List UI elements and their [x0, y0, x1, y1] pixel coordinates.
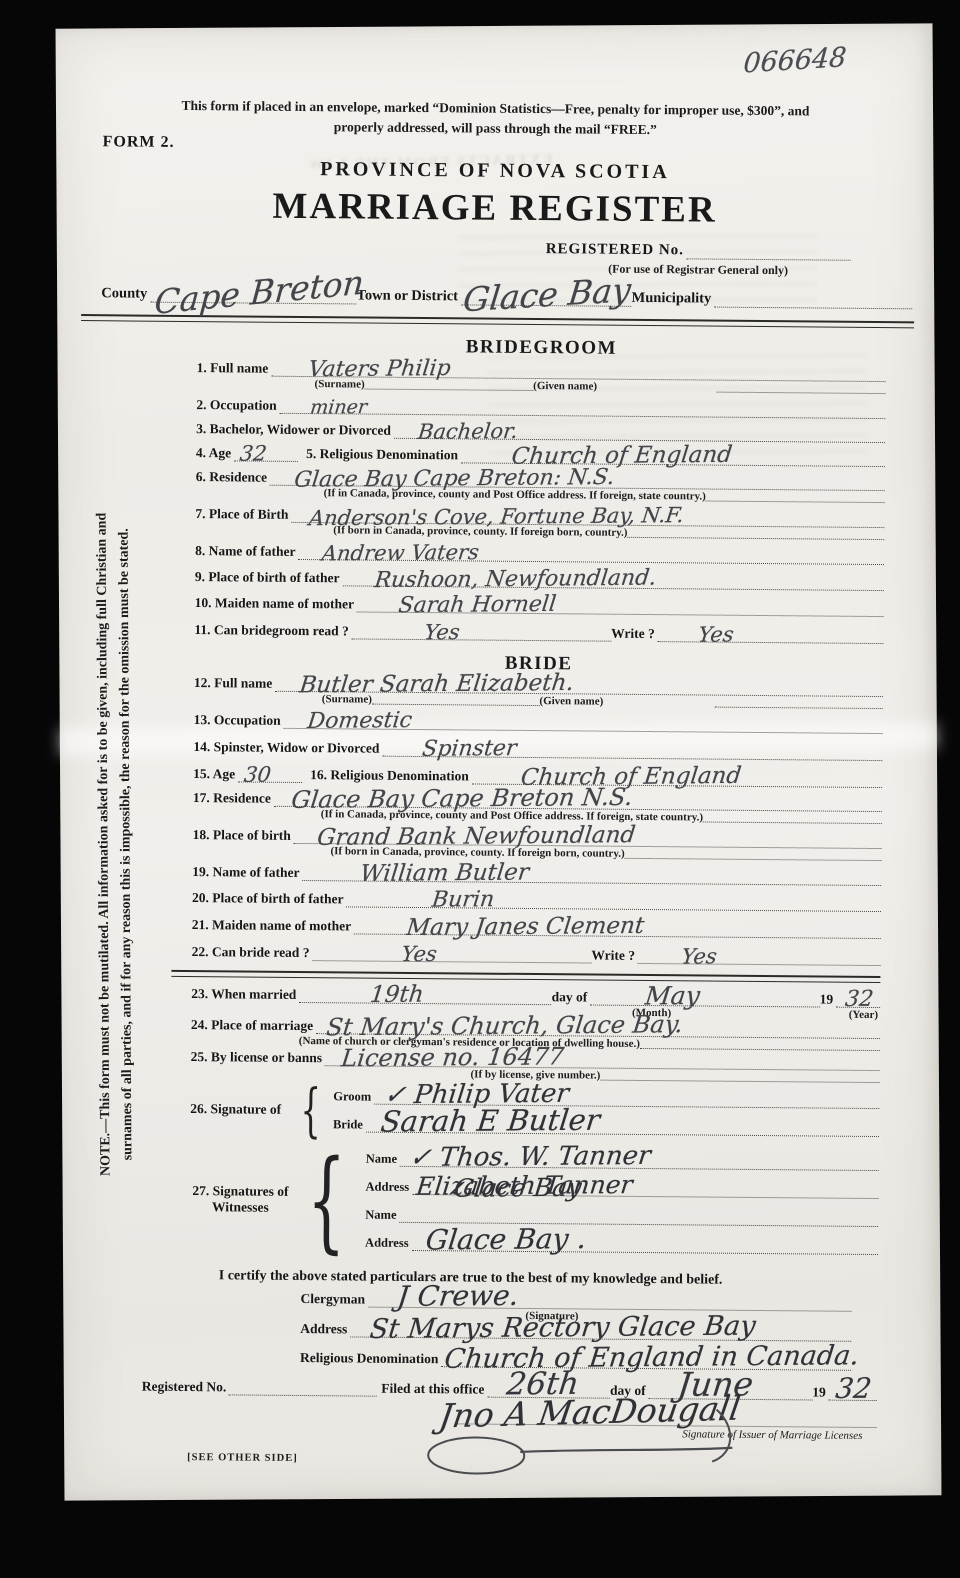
bride-occupation-value: Domestic: [306, 708, 413, 734]
religious-denomination-label: Religious Denomination: [300, 1350, 442, 1367]
when-month-value: May: [644, 981, 702, 1010]
registered-no-line: [687, 244, 851, 260]
bride-father-label: 19. Name of father: [192, 864, 302, 881]
groom-father-value: Andrew Vaters: [320, 540, 480, 565]
registered-no-bottom-label: Registered No.: [142, 1379, 230, 1396]
registered-no-label: REGISTERED No.: [546, 241, 687, 259]
given-name-caption: (Given name): [533, 380, 597, 393]
bride-occupation-line: Domestic: [284, 714, 883, 734]
town-district-line: Glace Bay: [461, 290, 632, 306]
witnesses-label: 27. Signatures of: [189, 1183, 291, 1200]
groom-mother-label: 10. Maiden name of mother: [195, 595, 357, 612]
caption-line: [627, 527, 884, 540]
religious-denomination-value: Church of England in Canada.: [443, 1340, 861, 1375]
witness1-address-town: Glace Bay: [452, 1170, 855, 1202]
section-rule: [171, 970, 880, 983]
clergyman-address-label: Address: [300, 1321, 350, 1337]
day-of-label: day of: [552, 989, 591, 1005]
groom-read-value: Yes: [423, 620, 461, 644]
bride-birthplace-caption: (If born in Canada, province, county. If…: [330, 845, 624, 860]
groom-read-label: 11. Can bridegroom read ?: [194, 622, 352, 639]
province-heading: PROVINCE OF NOVA SCOTIA: [56, 156, 933, 187]
registered-no-bottom-line: [229, 1381, 377, 1397]
bride-religion-label: 16. Religious Denomination: [302, 767, 472, 784]
bride-read-label: 22. Can bride read ?: [192, 944, 313, 961]
form-number-label: FORM 2.: [103, 133, 175, 152]
clergyman-address-value: St Marys Rectory Glace Bay: [368, 1311, 757, 1345]
filed-year-line: 32: [829, 1386, 877, 1401]
clergyman-address-line: St Marys Rectory Glace Bay: [350, 1323, 851, 1342]
witness1-address-label: Address: [365, 1180, 412, 1195]
groom-occupation-label: 2. Occupation: [196, 397, 279, 414]
bride-birthplace-label: 18. Place of birth: [193, 827, 294, 844]
scanned-paper: EXTRACTS FROM THE LAW NOTE.—This form mu…: [56, 23, 942, 1500]
groom-status-line: Bachelor.: [394, 424, 885, 443]
bride-signature-label: Bride: [333, 1117, 366, 1132]
caption-line: [600, 1070, 879, 1083]
groom-occupation-value: miner: [309, 396, 368, 418]
bride-mother-line: Mary Janes Clement: [354, 920, 881, 940]
bride-write-value: Yes: [680, 944, 718, 968]
municipality-line: [714, 293, 912, 310]
witness1-name-label: Name: [366, 1152, 400, 1167]
see-other-side-label: [SEE OTHER SIDE]: [187, 1452, 876, 1469]
bride-mother-label: 21. Maiden name of mother: [192, 917, 354, 934]
bride-residence-caption: (If in Canada, province, county and Post…: [321, 808, 703, 823]
filed-year-value: 32: [834, 1372, 873, 1405]
groom-father-birthplace-line: Rushoon, Newfoundland.: [343, 571, 884, 591]
bride-status-line: Spinster: [382, 742, 882, 761]
when-married-label: 23. When married: [191, 986, 299, 1003]
groom-status-value: Bachelor.: [417, 419, 519, 444]
groom-write-label: Write ?: [611, 626, 658, 642]
groom-religion-label: 5. Religious Denomination: [298, 446, 461, 463]
witness1-name: ✓ Thos. W. Tanner: [408, 1141, 652, 1173]
caption-line: [703, 812, 882, 825]
issuer-signature: Jno A MacDougall: [437, 1389, 743, 1436]
bride-occupation-label: 13. Occupation: [194, 712, 284, 729]
groom-birthplace-caption: (If born in Canada, province, county. If…: [333, 524, 627, 539]
witness1-address-line: Elizabeth Tanner Glace Bay: [412, 1180, 879, 1199]
surname-caption: (Surname): [315, 378, 365, 390]
bride-fullname-label: 12. Full name: [194, 675, 276, 692]
witness2-name-label: Name: [365, 1208, 399, 1223]
signature-of-label: 26. Signature of: [190, 1101, 292, 1118]
place-of-marriage-label: 24. Place of marriage: [191, 1017, 316, 1034]
caption-line: [640, 1038, 880, 1051]
certify-statement: I certify the above stated particulars a…: [219, 1268, 878, 1290]
bride-age-line: 30: [238, 768, 302, 784]
bride-age-value: 30: [243, 763, 273, 787]
bride-father-value: William Butler: [359, 860, 531, 887]
brace: {: [307, 1145, 346, 1255]
groom-age-label: 4. Age: [196, 445, 234, 461]
groom-mother-value: Sarah Hornell: [398, 592, 558, 618]
caption-line: [706, 491, 885, 504]
county-label: County: [101, 285, 150, 302]
clergyman-label: Clergyman: [301, 1291, 369, 1308]
witness2-address-line: Glace Bay .: [412, 1236, 879, 1255]
bride-write-label: Write ?: [591, 948, 638, 964]
groom-father-birthplace-value: Rushoon, Newfoundland.: [373, 566, 658, 593]
caption-line: [625, 848, 882, 861]
bridegroom-heading: BRIDEGROOM: [197, 334, 886, 362]
witnesses-label2: Witnesses: [189, 1199, 291, 1216]
groom-signature-label: Groom: [333, 1089, 374, 1104]
groom-father-line: Andrew Vaters: [298, 545, 884, 565]
groom-status-label: 3. Bachelor, Widower or Divorced: [196, 421, 394, 439]
bride-signature: Sarah E Butler: [379, 1103, 602, 1139]
when-month-line: May: [590, 991, 820, 1008]
license-label: 25. By license or banns: [191, 1049, 326, 1066]
caption-line: [717, 382, 886, 394]
town-district-value: Glace Bay: [461, 270, 633, 320]
bride-father-birthplace-value: Burin: [431, 887, 496, 913]
issuer-signature-line: Jno A MacDougall: [456, 1407, 876, 1428]
groom-age-value: 32: [239, 442, 269, 466]
groom-age-line: 32: [234, 447, 298, 463]
caption-line: [372, 694, 540, 706]
groom-father-birthplace-label: 9. Place of birth of father: [195, 569, 343, 586]
when-day-line: 19th: [299, 988, 551, 1005]
groom-religion-line: Church of England: [461, 449, 885, 468]
groom-read-line: Yes: [352, 625, 612, 642]
witness2-address: Glace Bay .: [424, 1222, 588, 1256]
bride-signature-line: Sarah E Butler: [366, 1118, 879, 1137]
clergyman-signature: J Crewe.: [395, 1279, 520, 1313]
bride-status-label: 14. Spinster, Widow or Divorced: [193, 739, 382, 757]
groom-residence-label: 6. Residence: [196, 469, 270, 486]
brace: {: [300, 1081, 321, 1139]
bride-father-birthplace-line: Burin: [346, 893, 881, 913]
year-caption: (Year): [849, 1009, 878, 1021]
filed-year-prefix: 19: [812, 1385, 829, 1401]
bride-age-label: 15. Age: [193, 766, 238, 782]
when-year-line: 32: [836, 993, 880, 1008]
year-prefix: 19: [820, 992, 837, 1008]
caption-line: [715, 697, 883, 709]
stamp-number: 066648: [742, 42, 847, 80]
groom-father-label: 8. Name of father: [195, 543, 299, 560]
groom-write-value: Yes: [697, 623, 735, 647]
bride-father-birthplace-label: 20. Place of birth of father: [192, 890, 347, 907]
bride-write-line: Yes: [638, 949, 881, 966]
municipality-label: Municipality: [631, 290, 714, 308]
groom-fullname-label: 1. Full name: [197, 360, 272, 377]
county-line: Cape Breton: [150, 288, 356, 305]
scanned-marriage-register: { "scan": { "stamp_number": "066648", "b…: [0, 0, 960, 1578]
religious-denomination-line: Church of England in Canada.: [441, 1352, 851, 1371]
bride-status-value: Spinster: [421, 736, 518, 762]
groom-birthplace-label: 7. Place of Birth: [195, 506, 291, 523]
witness1-name-line: ✓ Thos. W. Tanner: [400, 1152, 879, 1171]
witness2-address-label: Address: [365, 1236, 412, 1251]
bride-read-line: Yes: [312, 946, 591, 963]
mail-notice: This form if placed in an envelope, mark…: [57, 23, 935, 142]
given-name-caption: (Given name): [539, 695, 603, 708]
town-district-label: Town or District: [356, 288, 461, 306]
groom-occupation-line: miner: [280, 399, 886, 419]
bride-father-line: William Butler: [302, 866, 881, 886]
bride-mother-value: Mary Janes Clement: [405, 913, 646, 941]
groom-residence-caption: (If in Canada, province, county and Post…: [324, 487, 706, 502]
groom-mother-line: Sarah Hornell: [357, 598, 884, 618]
groom-write-line: Yes: [658, 627, 884, 644]
page-title: MARRIAGE REGISTER: [56, 183, 933, 234]
surname-caption: (Surname): [322, 693, 372, 705]
bride-read-value: Yes: [400, 942, 438, 966]
bride-residence-label: 17. Residence: [193, 790, 274, 807]
caption-line: [365, 379, 534, 391]
